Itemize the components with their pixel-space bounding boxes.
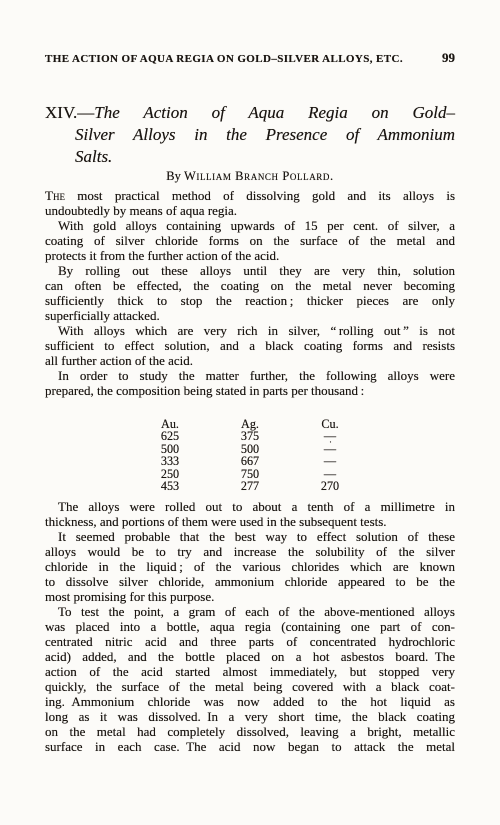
table-row: 453 277 270 [130, 480, 455, 492]
text-line: superficially attacked. [45, 308, 455, 323]
paragraph-8: To test the point, a gram of each of the… [45, 604, 455, 754]
table-cell: 270 [290, 480, 370, 492]
text-line: surface in each case. The acid now began… [45, 739, 455, 754]
text-line: With gold alloys containing upwards of 1… [45, 218, 455, 233]
table-row: 333 667 — [130, 455, 455, 467]
table-cell: 277 [210, 480, 290, 492]
title-line-2: Silver Alloys in the Presence of Ammoniu… [45, 124, 455, 146]
line-text: most practical method of dissolving gold… [77, 188, 455, 203]
alloy-composition-table: Au. Ag. Cu. 625 375 — 500 500 —· 333 667… [130, 418, 455, 492]
running-title: THE ACTION OF AQUA REGIA ON GOLD–SILVER … [45, 53, 403, 65]
paragraph-5: In order to study the matter further, th… [45, 368, 455, 398]
text-line: was placed into a bottle, aqua regia (co… [45, 619, 455, 634]
paragraph-1: The most practical method of dissolving … [45, 188, 455, 218]
text-line: sufficiently thick to stop the reaction … [45, 293, 455, 308]
text-line: can often be effected, the coating on th… [45, 278, 455, 293]
text-line: prepared, the composition being stated i… [45, 383, 455, 398]
text-line: ing. Ammonium chloride was now added to … [45, 694, 455, 709]
article-number: XIV.— [45, 103, 94, 122]
byline: By William Branch Pollard. [0, 169, 500, 184]
paragraph-4: With alloys which are very rich in silve… [45, 323, 455, 368]
text-line: In order to study the matter further, th… [45, 368, 455, 383]
text-line: on the metal had completely dissolved, l… [45, 724, 455, 739]
scanned-paper-page: THE ACTION OF AQUA REGIA ON GOLD–SILVER … [0, 0, 500, 825]
byline-prefix: By [166, 169, 181, 183]
text-line: coating of silver chloride forms on the … [45, 233, 455, 248]
table-cell: 333 [130, 455, 210, 467]
text-line: With alloys which are very rich in silve… [45, 323, 455, 338]
text-line: It seemed probable that the best way to … [45, 529, 455, 544]
text-line: By rolling out these alloys until they a… [45, 263, 455, 278]
text-line: sufficient to effect solution, and a bla… [45, 338, 455, 353]
text-line: action of the acid started almost immedi… [45, 664, 455, 679]
table-cell: 667 [210, 455, 290, 467]
paragraph-3: By rolling out these alloys until they a… [45, 263, 455, 323]
text-line: acid) added, and the bottle placed on a … [45, 649, 455, 664]
table-row: 625 375 — [130, 430, 455, 442]
table-cell: 453 [130, 480, 210, 492]
text-line: protects it from the further action of t… [45, 248, 455, 263]
table-cell: —· [290, 443, 370, 455]
text-line: The most practical method of dissolving … [45, 188, 455, 203]
title-line-1: XIV.—The Action of Aqua Regia on Gold– [45, 102, 455, 124]
text-line: centrated nitric acid and three parts of… [45, 634, 455, 649]
text-line: all further action of the acid. [45, 353, 455, 368]
text-line: The alloys were rolled out to about a te… [45, 499, 455, 514]
text-line: quickly, the surface of the metal being … [45, 679, 455, 694]
author-name: William Branch Pollard. [184, 169, 334, 183]
text-line: long as it was dissolved. In a very shor… [45, 709, 455, 724]
table-cell: 375 [210, 430, 290, 442]
article-title: XIV.—The Action of Aqua Regia on Gold– S… [45, 102, 455, 168]
title-text: The Action of Aqua Regia on Gold– [94, 103, 455, 122]
lead-word: The [45, 188, 65, 203]
text-line: most promising for this purpose. [45, 589, 455, 604]
paragraph-6: The alloys were rolled out to about a te… [45, 499, 455, 529]
text-line: to dissolve silver chloride, ammonium ch… [45, 574, 455, 589]
table-cell: — [290, 455, 370, 467]
paragraph-7: It seemed probable that the best way to … [45, 529, 455, 604]
table-cell: 625 [130, 430, 210, 442]
text-line: alloys would be to try and increase the … [45, 544, 455, 559]
text-line: thickness, and portions of them were use… [45, 514, 455, 529]
ink-speck-artifact: · [329, 438, 332, 447]
running-header: THE ACTION OF AQUA REGIA ON GOLD–SILVER … [45, 50, 455, 66]
text-line: To test the point, a gram of each of the… [45, 604, 455, 619]
title-line-3: Salts. [45, 146, 455, 168]
article-body: The most practical method of dissolving … [45, 188, 455, 754]
page-number: 99 [442, 50, 455, 66]
paragraph-2: With gold alloys containing upwards of 1… [45, 218, 455, 263]
text-line: chloride in the liquid ; of the various … [45, 559, 455, 574]
text-line: undoubtedly by means of aqua regia. [45, 203, 455, 218]
